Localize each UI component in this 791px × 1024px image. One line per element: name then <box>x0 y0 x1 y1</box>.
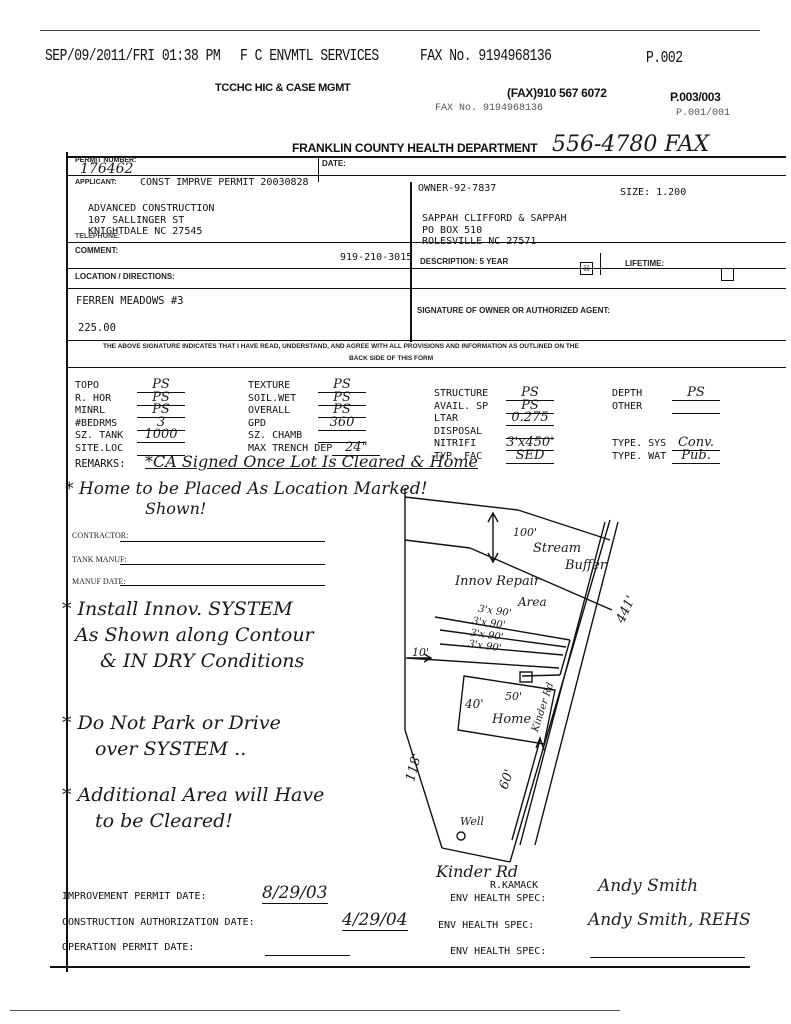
buffer-distance: 100' <box>513 526 537 539</box>
improvement-permit-date-label: IMPROVEMENT PERMIT DATE: <box>62 891 207 902</box>
repair-area-label: Innov Repair <box>455 574 540 589</box>
ehs-label-1: ENV HEALTH SPEC: <box>450 893 546 904</box>
ehs-signature-1: Andy Smith <box>598 876 698 896</box>
construction-authorization-date-label: CONSTRUCTION AUTHORIZATION DATE: <box>62 917 255 928</box>
well-label: Well <box>460 815 484 828</box>
ehs-label-2: ENV HEALTH SPEC: <box>438 920 534 931</box>
site-sketch <box>0 0 791 1024</box>
operation-permit-date-label: OPERATION PERMIT DATE: <box>62 942 194 953</box>
home-label: Home <box>492 712 531 727</box>
ehs-signature-2: Andy Smith, REHS <box>588 910 751 930</box>
buffer-label: Stream <box>533 541 581 556</box>
setback-label: 10' <box>412 646 429 659</box>
ehs-printed-name: R.KAMACK <box>490 880 538 891</box>
ehs-label-3: ENV HEALTH SPEC: <box>450 946 546 957</box>
construction-authorization-date: 4/29/04 <box>342 910 408 931</box>
home-width: 50' <box>505 690 522 703</box>
road-label: Kinder Rd <box>436 862 518 881</box>
home-depth: 40' <box>465 697 484 711</box>
improvement-permit-date: 8/29/03 <box>262 883 328 904</box>
repair-area-label-2: Area <box>518 595 547 609</box>
buffer-label-2: Buffer <box>565 558 606 573</box>
